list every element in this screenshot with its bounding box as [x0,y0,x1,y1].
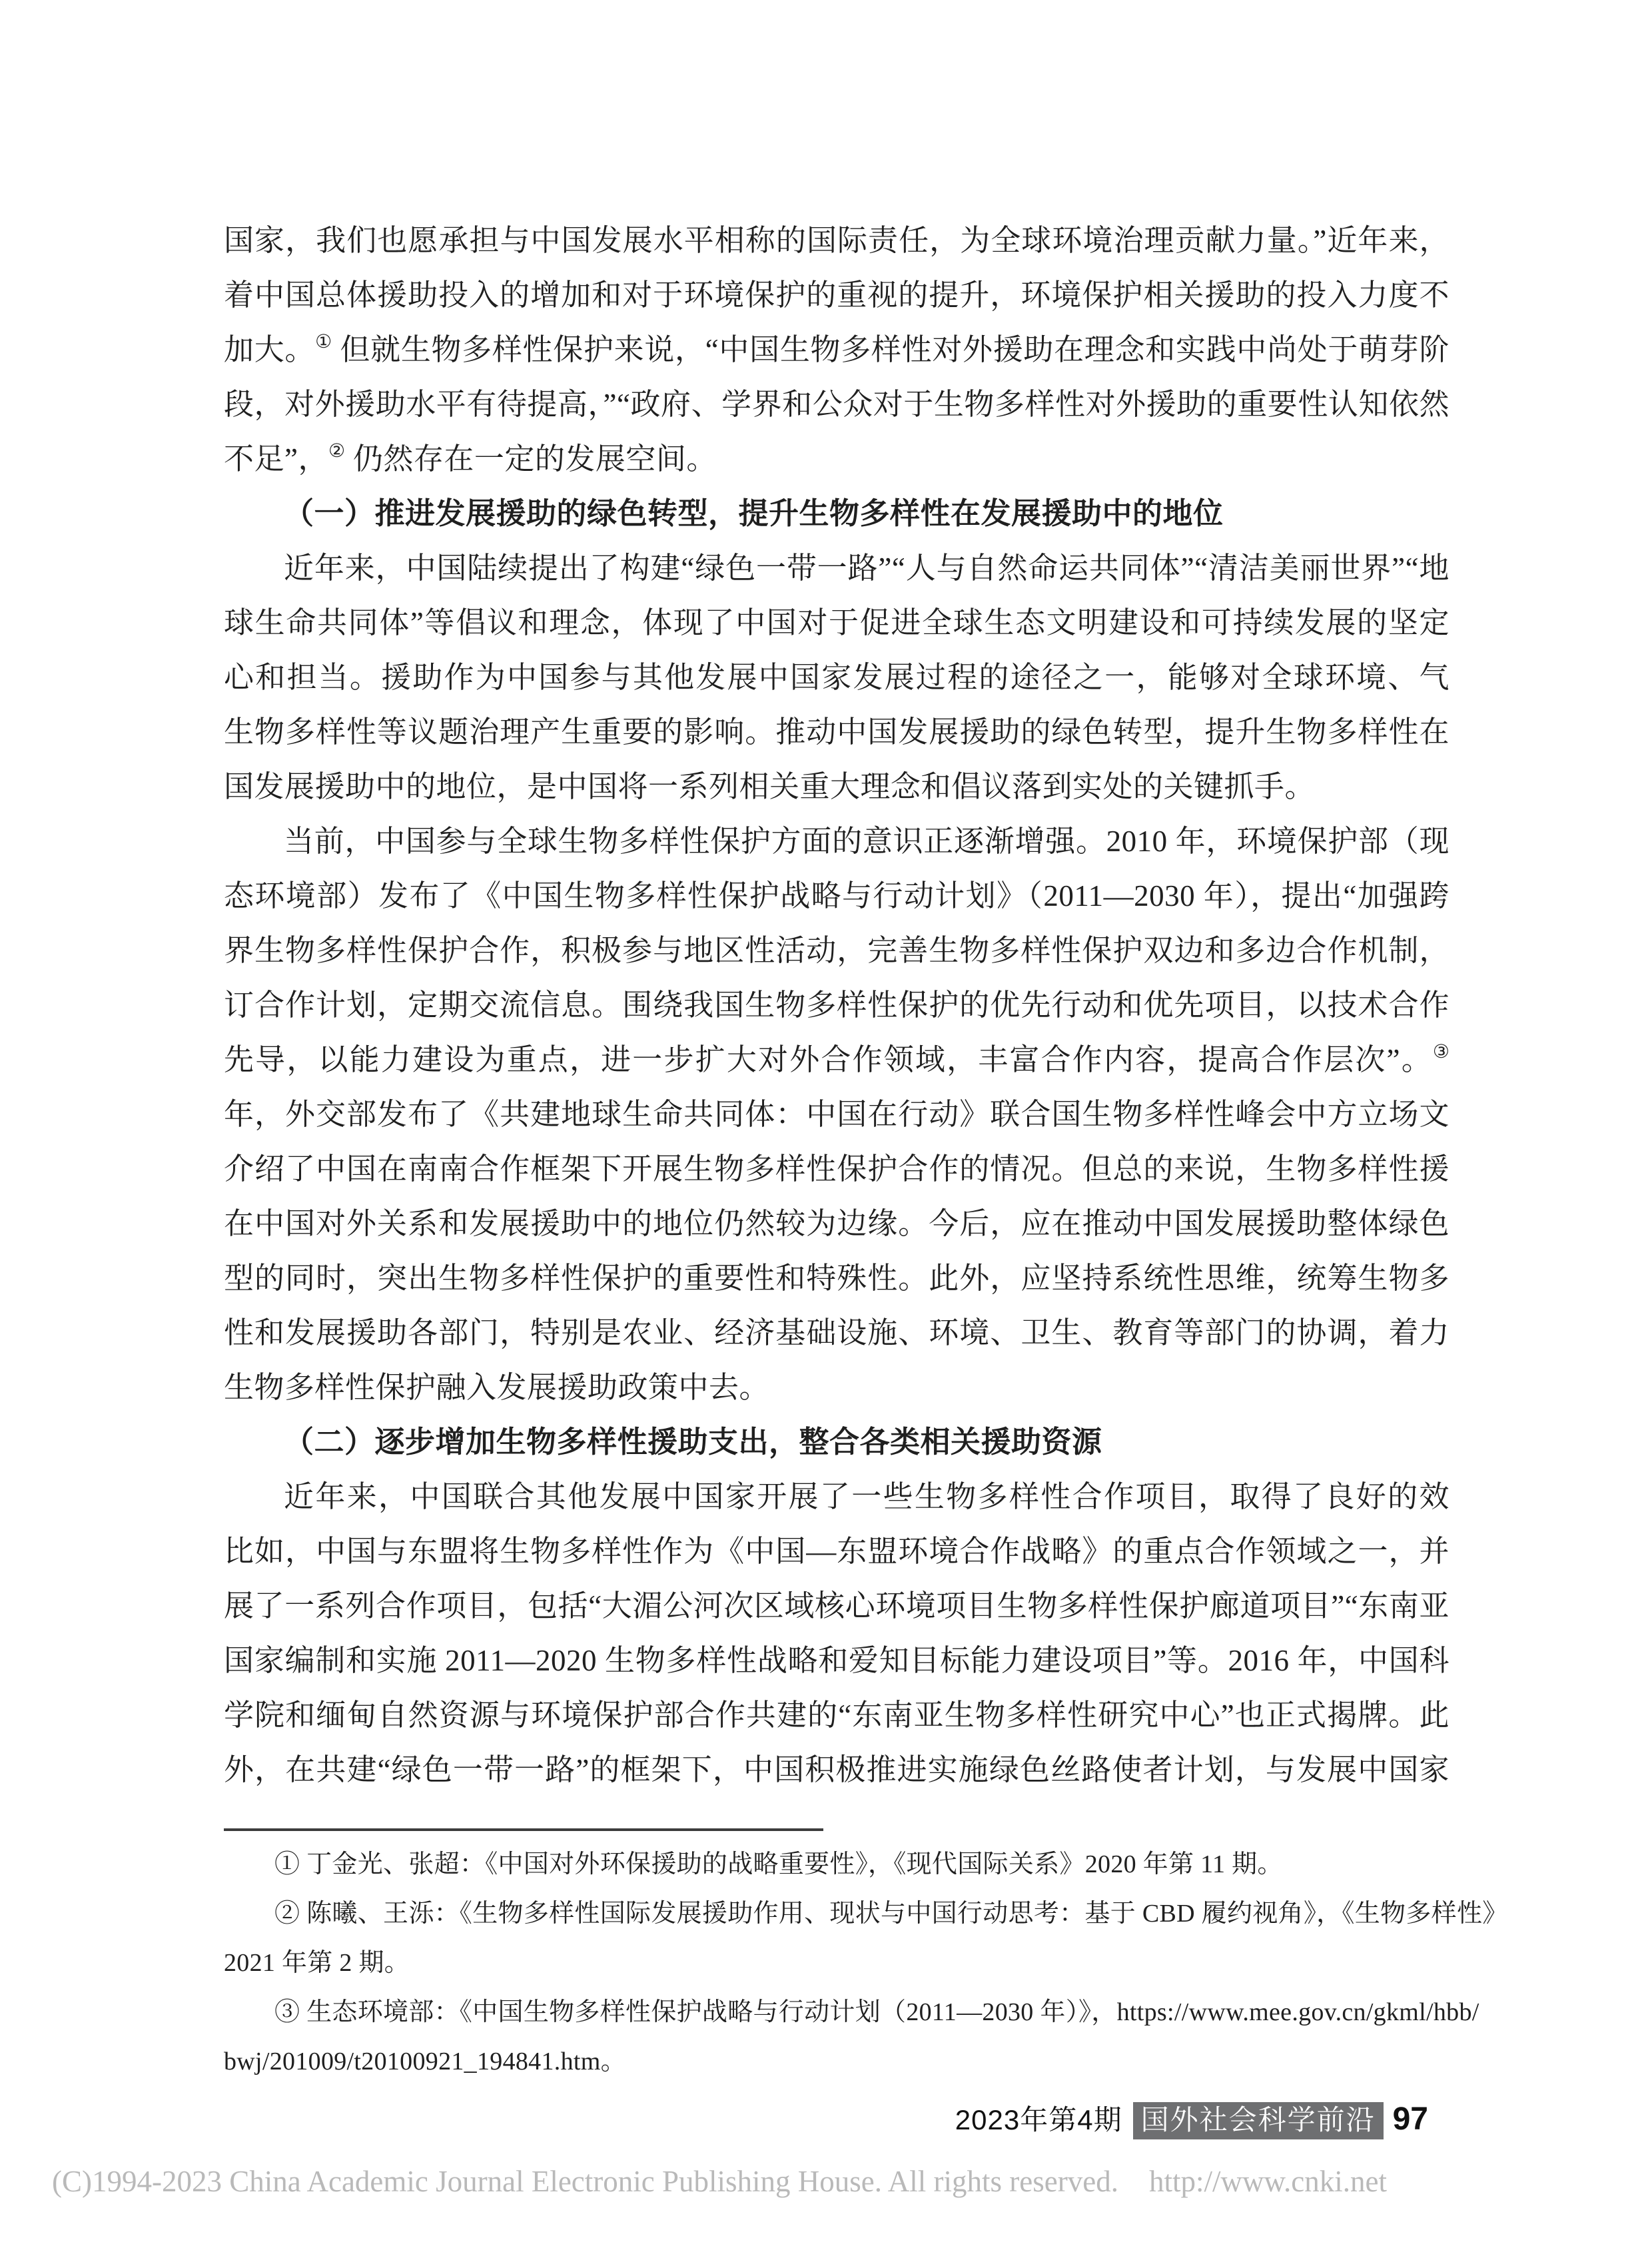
text-line: 型的同时，突出生物多样性保护的重要性和特殊性。此外，应坚持系统性思维，统筹生物多… [224,1251,1449,1306]
text-line: 国家编制和实施 2011—2020 生物多样性战略和爱知目标能力建设项目”等。2… [224,1633,1449,1688]
footnote-line: 2021 年第 2 期。 [224,1938,1449,1988]
text-line: 在中国对外关系和发展援助中的地位仍然较为边缘。今后，应在推动中国发展援助整体绿色… [224,1196,1449,1251]
text-line: 态环境部）发布了《中国生物多样性保护战略与行动计划》（2011—2030 年），… [224,869,1449,923]
text-line: 性和发展援助各部门，特别是农业、经济基础设施、环境、卫生、教育等部门的协调，着力… [224,1306,1449,1360]
footnote-line: ② 陈曦、王泺：《生物多样性国际发展援助作用、现状与中国行动思考：基于 CBD … [224,1889,1449,1938]
watermark-url: http://www.cnki.net [1149,2165,1387,2198]
footnotes: ① 丁金光、张超：《中国对外环保援助的战略重要性》，《现代国际关系》2020 年… [224,1840,1449,2086]
footnote-ref-marker: ③ [1433,1042,1449,1062]
text-line: 生物多样性保护融入发展援助政策中去。 [224,1360,1449,1415]
issue-label: 2023年第4期 [955,2104,1122,2135]
section-heading: （一）推进发展援助的绿色转型，提升生物多样性在发展援助中的地位 [224,486,1449,541]
text-line: 段，对外援助水平有待提高，”“政府、学界和公众对于生物多样性对外援助的重要性认知… [224,377,1449,432]
footnote-ref-marker: ① [315,332,332,352]
text-line: 生物多样性等议题治理产生重要的影响。推动中国发展援助的绿色转型，提升生物多样性在… [224,705,1449,759]
text-line: 展了一系列合作项目，包括“大湄公河次区域核心环境项目生物多样性保护廊道项目”“东… [224,1579,1449,1633]
watermark-text: (C)1994-2023 China Academic Journal Elec… [52,2165,1118,2198]
footnote-line: ① 丁金光、张超：《中国对外环保援助的战略重要性》，《现代国际关系》2020 年… [224,1840,1449,1889]
footnote-ref-marker: ② [328,441,345,462]
text-line: 加大。① 但就生物多样性保护来说，“中国生物多样性对外援助在理念和实践中尚处于萌… [224,322,1449,377]
text-line: 心和担当。援助作为中国参与其他发展中国家发展过程的途径之一，能够对全球环境、气候… [224,650,1449,705]
text-line: 球生命共同体”等倡议和理念，体现了中国对于促进全球生态文明建设和可持续发展的坚定… [224,595,1449,650]
text-line: 学院和缅甸自然资源与环境保护部合作共建的“东南亚生物多样性研究中心”也正式揭牌。… [224,1688,1449,1742]
text-line: 不足”，② 仍然存在一定的发展空间。 [224,432,1449,486]
text-line: 近年来，中国联合其他发展中国家开展了一些生物多样性合作项目，取得了良好的效果。 [224,1469,1449,1524]
footnote-line: bwj/201009/t20100921_194841.htm。 [224,2037,1449,2086]
text-line: 比如，中国与东盟将生物多样性作为《中国—东盟环境合作战略》的重点合作领域之一，并… [224,1524,1449,1579]
text-line: 国发展援助中的地位，是中国将一系列相关重大理念和倡议落到实处的关键抓手。 [224,759,1449,814]
text-line: 着中国总体援助投入的增加和对于环境保护的重视的提升，环境保护相关援助的投入力度不… [224,268,1449,322]
page-footer: 2023年第4期国外社会科学前沿97 [224,2102,1428,2139]
journal-title-badge: 国外社会科学前沿 [1133,2102,1384,2139]
text-line: 当前，中国参与全球生物多样性保护方面的意识正逐渐增强。2010 年，环境保护部（… [224,814,1449,869]
footnote-separator [224,1828,823,1831]
text-line: 先导，以能力建设为重点，进一步扩大对外合作领域，丰富合作内容，提高合作层次”。③… [224,1032,1449,1087]
text-line: 国家，我们也愿承担与中国发展水平相称的国际责任，为全球环境治理贡献力量。”近年来… [224,213,1449,268]
text-line: 近年来，中国陆续提出了构建“绿色一带一路”“人与自然命运共同体”“清洁美丽世界”… [224,541,1449,595]
article-body: 国家，我们也愿承担与中国发展水平相称的国际责任，为全球环境治理贡献力量。”近年来… [224,213,1449,1797]
text-line: 界生物多样性保护合作，积极参与地区性活动，完善生物多样性保护双边和多边合作机制，… [224,923,1449,978]
journal-page: 国家，我们也愿承担与中国发展水平相称的国际责任，为全球环境治理贡献力量。”近年来… [0,0,1652,2242]
text-line: 年，外交部发布了《共建地球生命共同体：中国在行动》联合国生物多样性峰会中方立场文… [224,1087,1449,1142]
text-line: 介绍了中国在南南合作框架下开展生物多样性保护合作的情况。但总的来说，生物多样性援… [224,1142,1449,1196]
page-number: 97 [1393,2101,1428,2137]
text-line: 订合作计划，定期交流信息。围绕我国生物多样性保护的优先行动和优先项目，以技术合作… [224,978,1449,1032]
copyright-watermark: (C)1994-2023 China Academic Journal Elec… [52,2162,1597,2201]
text-line: 外，在共建“绿色一带一路”的框架下，中国积极推进实施绿色丝路使者计划，与发展中国… [224,1742,1449,1797]
footnote-line: ③ 生态环境部：《中国生物多样性保护战略与行动计划（2011—2030 年）》，… [224,1988,1449,2037]
section-heading: （二）逐步增加生物多样性援助支出，整合各类相关援助资源 [224,1415,1449,1469]
